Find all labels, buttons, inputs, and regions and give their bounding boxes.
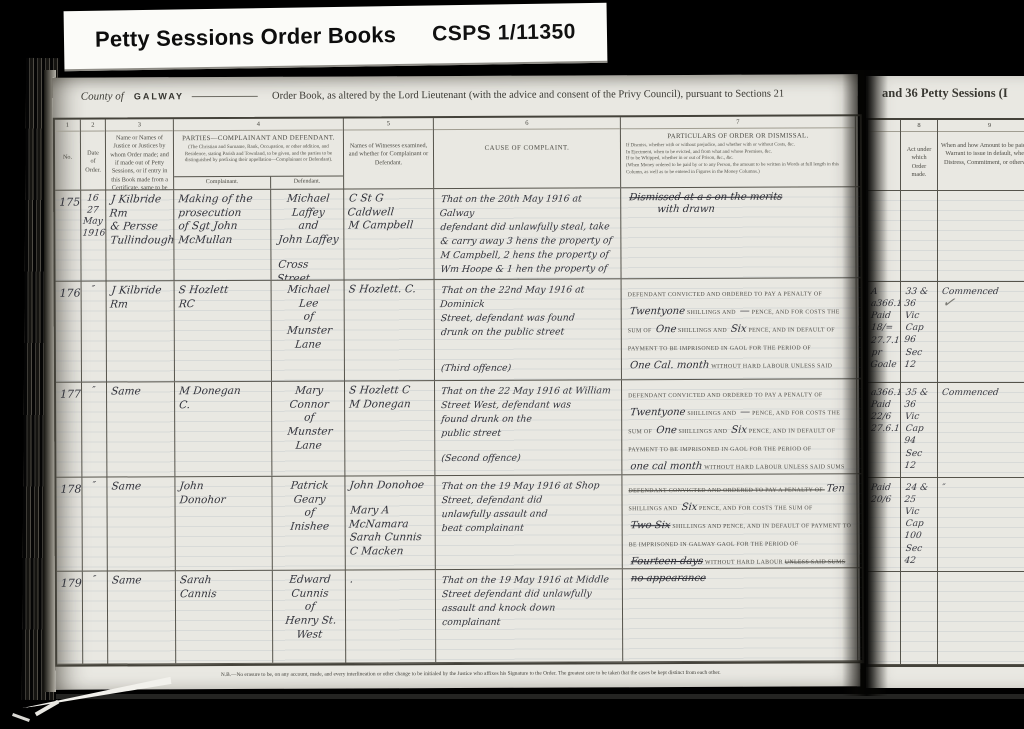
handwriting-line: Wm Hoope & 1 hen the property of xyxy=(440,262,618,277)
handwriting-line: McMullan xyxy=(178,234,269,248)
cell-complainant: S HozlettRC xyxy=(175,281,272,381)
handwriting-line: M Donegan xyxy=(348,398,432,412)
cell-no: 178 xyxy=(56,478,82,571)
record-row: 179″SameSarahCannisEdwardCunnisofHenry S… xyxy=(57,568,862,665)
handwritten-entry: One xyxy=(653,425,679,437)
record-row-right: Paid20/624 & 25VicCap 100Sec 42″ xyxy=(868,478,1024,572)
handwriting-line: prosecution xyxy=(178,206,269,220)
cell-witnesses: C St G CaldwellM Campbell xyxy=(344,189,434,279)
cell-witnesses: S Hozlett CM Donegan xyxy=(345,381,435,475)
handwritten-entry: Fourteen days xyxy=(628,556,705,568)
printed-form-text: without hard labour xyxy=(705,560,785,566)
record-row: 1751627May1916J Kilbride Rm& PersseTulli… xyxy=(55,187,860,282)
cell-date: 1627May1916 xyxy=(81,191,106,281)
handwriting-line: John Laffey xyxy=(275,233,342,247)
handwriting-line: Cap 100 xyxy=(904,518,937,542)
order-book-title: Order Book, as altered by the Lord Lieut… xyxy=(272,89,784,102)
cell-justice: J Kilbride Rm xyxy=(107,281,175,381)
handwritten-entry: One Cal. month xyxy=(627,360,712,372)
cell-witnesses: S Hozlett. C. xyxy=(345,280,435,380)
table-header-row: 1 No. 2 Date of Order. 3 Name or Names o… xyxy=(55,116,860,191)
handwriting-line: That on the 20th May 1916 at Galway xyxy=(439,192,619,221)
handwriting-line: John xyxy=(179,480,270,494)
handwriting-line: Cannis xyxy=(179,587,270,601)
handwriting-line: Henry St. West xyxy=(276,614,345,642)
printed-form-text: gaol for the period of xyxy=(730,446,811,452)
cell-date: ″ xyxy=(83,572,108,664)
handwriting-line: Tullindough xyxy=(110,234,172,248)
handwriting-line: defendant did unlawfully steal, take xyxy=(440,220,618,235)
handwriting-line: J Kilbride Rm xyxy=(109,193,173,221)
handwriting-line: of xyxy=(275,412,342,426)
printed-form-text: shillings and xyxy=(629,506,680,512)
handwriting-line: Street, defendant did xyxy=(441,493,619,508)
handwriting-line: of xyxy=(276,601,343,615)
handwritten-entry: one cal month xyxy=(628,461,705,473)
footer-note: N.B.—No erasure to be, on any account, m… xyxy=(55,663,860,680)
handwriting-line: 1916 xyxy=(82,229,104,241)
handwriting-line: That on the 22 May 1916 at William xyxy=(440,384,618,399)
when-how-paid-note xyxy=(938,191,1024,281)
handwriting-line: Connor xyxy=(275,398,342,412)
handwriting-line: Street defendant did unlawfully xyxy=(441,587,619,602)
handwriting-line: May xyxy=(82,217,104,229)
order-book-title-continued: and 36 Petty Sessions (I xyxy=(866,76,1024,118)
handwriting-line: That on the 19 May 1916 at Middle xyxy=(441,573,619,588)
handwriting-line: M Campbell xyxy=(348,219,432,233)
act-citation xyxy=(901,191,938,281)
handwriting-line: RC xyxy=(178,297,269,311)
handwritten-entry: Two Six xyxy=(628,520,673,532)
handwriting-line xyxy=(275,247,342,258)
cell-no: 177 xyxy=(56,383,82,477)
handwriting-line: Street West, defendant was xyxy=(440,398,618,413)
handwriting-line: Sec 12 xyxy=(904,347,937,371)
handwriting-line: Edward xyxy=(276,573,343,587)
record-row: 177″SameM DoneganC.MaryConnorofMunster L… xyxy=(56,379,861,478)
cell-cause: That on the 22 May 1916 at WilliamStreet… xyxy=(435,380,622,475)
handwriting-line: found drunk on the xyxy=(440,412,618,427)
cell-cause: That on the 19 May 1916 at ShopStreet, d… xyxy=(435,475,622,569)
cell-no: 179 xyxy=(57,572,83,664)
cell-justice: Same xyxy=(108,571,176,663)
paper-speck xyxy=(35,700,60,716)
payment-received-note xyxy=(868,191,901,281)
handwriting-line: Sec 42 xyxy=(904,543,937,567)
handwriting-line: Sarah xyxy=(179,574,270,588)
handwriting-line: M Donegan xyxy=(178,385,269,399)
cell-defendant: MaryConnorofMunster Lane xyxy=(272,381,345,475)
cell-complainant: Making of theprosecutionof Sgt JohnMcMul… xyxy=(174,190,271,280)
cell-defendant: MichaelLaffeyandJohn LaffeyCross Street xyxy=(271,189,344,279)
cell-complainant: SarahCannis xyxy=(176,571,273,663)
handwriting-line: Cap 96 xyxy=(904,322,937,346)
cell-date: ″ xyxy=(82,478,107,571)
cell-particulars: Dismissed at a s on the merits with draw… xyxy=(621,187,856,278)
handwriting-line: Making of the xyxy=(178,193,269,207)
handwriting-line: A xyxy=(870,286,898,298)
handwriting-line: C St G Caldwell xyxy=(347,192,433,220)
payment-received-note: Paid20/6 xyxy=(868,478,901,571)
handwriting-line: a366.11 xyxy=(870,298,898,310)
handwriting-line: J Kilbride Rm xyxy=(109,284,173,312)
main-ledger-page: County of GALWAY Order Book, as altered … xyxy=(53,74,861,690)
column-header-cause: 6 CAUSE OF COMPLAINT. xyxy=(434,117,621,188)
act-citation: 33 & 36VicCap 96Sec 12 xyxy=(901,282,938,382)
record-row-right: a366.13Paid22/627.6.1635 & 36VicCap 94Se… xyxy=(868,383,1024,478)
handwriting-line: Paid xyxy=(870,399,898,411)
ruled-blank xyxy=(192,96,258,97)
handwriting-line: and xyxy=(275,220,342,234)
handwriting-line: Sarah Cunnis xyxy=(349,531,433,545)
handwriting-line: 22/6 xyxy=(870,411,898,423)
handwriting-line: Cross Street xyxy=(274,258,343,280)
handwriting-line: Vic xyxy=(904,506,935,518)
handwritten-entry: Six xyxy=(679,502,700,514)
cell-date: ″ xyxy=(82,282,107,382)
handwriting-line: C. xyxy=(178,398,269,412)
facing-page-table: 8 Act under which Order made. 9 When and… xyxy=(866,118,1024,667)
cell-witnesses: . xyxy=(346,570,436,662)
column-header-act: 8 Act under which Order made. xyxy=(901,120,938,190)
cell-defendant: PatrickGearyofInishee xyxy=(272,476,345,569)
printed-form-text: pence, and for costs the sum of xyxy=(699,505,813,511)
handwriting-line: Same xyxy=(111,480,173,494)
cell-cause: That on the 22nd May 1916 at DominickStr… xyxy=(435,279,622,380)
cell-particulars: Defendant convicted and ordered to pay a… xyxy=(622,278,857,379)
handwritten-entry: Twentyone xyxy=(627,306,687,318)
handwriting-line: 35 & 36 xyxy=(904,387,937,411)
scanned-order-book-photo: Petty Sessions Order Books CSPS 1/11350 … xyxy=(0,0,1024,729)
handwriting-line: Vic xyxy=(904,411,935,423)
handwriting-line: 27.7.16 xyxy=(870,335,898,347)
handwriting-line: Cap 94 xyxy=(904,423,937,447)
cell-justice: Same xyxy=(107,382,175,476)
handwriting-line: ″ xyxy=(82,285,104,297)
when-how-paid-note xyxy=(938,572,1024,664)
column-header-no: 1 No. xyxy=(55,120,81,190)
handwriting-line: complainant xyxy=(441,615,619,630)
handwriting-line: Inishee xyxy=(276,520,343,534)
handwriting-line: S Hozlett. C. xyxy=(348,283,432,297)
handwriting-line: Lee xyxy=(275,297,342,311)
printed-form-text: shillings and xyxy=(687,411,738,417)
handwriting-line: S Hozlett C xyxy=(348,384,432,398)
cell-defendant: EdwardCunnisofHenry St. West xyxy=(273,570,346,662)
handwriting-line xyxy=(440,339,618,351)
record-row: 178″SameJohnDonohorPatrickGearyofInishee… xyxy=(56,474,861,572)
record-row-right xyxy=(868,572,1024,665)
printed-form-text: shillings and xyxy=(678,429,729,435)
column-header-witnesses: 5 Names of Witnesses examined, and wheth… xyxy=(344,118,434,188)
handwriting-line: 33 & 36 xyxy=(904,286,937,310)
payment-received-note xyxy=(868,572,901,664)
cell-date: ″ xyxy=(82,383,107,477)
page-heading: County of GALWAY Order Book, as altered … xyxy=(53,74,858,118)
cell-particulars: Defendant convicted and ordered to pay a… xyxy=(622,474,857,568)
cell-cause: That on the 19 May 1916 at MiddleStreet … xyxy=(436,569,623,662)
handwriting-line: Laffey xyxy=(275,206,342,220)
handwriting-line: beat complainant xyxy=(441,521,619,536)
record-row: 176″J Kilbride RmS HozlettRCMichaelLeeof… xyxy=(56,278,861,383)
cell-justice: J Kilbride Rm& PersseTullindough xyxy=(106,190,174,280)
handwriting-line: Michael xyxy=(275,283,342,297)
cell-justice: Same xyxy=(107,477,175,570)
order-book-table: 1 No. 2 Date of Order. 3 Name or Names o… xyxy=(53,114,864,667)
handwriting-line: 27.6.16 xyxy=(870,423,898,435)
handwriting-line xyxy=(441,440,619,452)
handwriting-line xyxy=(440,350,618,362)
handwritten-entry: Six xyxy=(728,324,749,336)
archive-label: Petty Sessions Order Books CSPS 1/11350 xyxy=(64,3,608,72)
handwritten-entry: with drawn xyxy=(655,203,851,216)
county-of-label: County of xyxy=(81,90,124,102)
cell-complainant: JohnDonohor xyxy=(175,477,272,570)
handwriting-line: ″ xyxy=(83,575,105,587)
cell-particulars: no appearance xyxy=(623,568,858,661)
handwriting-line: public street xyxy=(441,426,619,441)
cell-defendant: MichaelLeeofMunster Lane xyxy=(272,280,345,380)
handwriting-line: Munster Lane xyxy=(274,324,343,352)
particulars-fine-print: If Dismiss, whether with or without prej… xyxy=(621,140,855,176)
handwriting-line: Paid xyxy=(870,310,898,322)
column-header-particulars: 7 PARTICULARS OF ORDER OR DISMISSAL. If … xyxy=(621,116,856,187)
handwriting-line xyxy=(349,493,433,504)
when-how-paid-note: ″ xyxy=(938,478,1024,571)
column-header-parties: 4 PARTIES—COMPLAINANT AND DEFENDANT. (Th… xyxy=(174,118,344,189)
handwriting-line: Michael xyxy=(275,192,342,206)
handwritten-entry: One xyxy=(653,324,679,336)
column-header-justices: 3 Name or Names of Justice or Justices b… xyxy=(106,119,174,189)
act-citation: 24 & 25VicCap 100Sec 42 xyxy=(901,478,938,571)
archive-reference-number: CSPS 1/11350 xyxy=(432,20,576,46)
payment-received-note: a366.13Paid22/627.6.16 xyxy=(868,383,901,477)
cell-complainant: M DoneganC. xyxy=(175,382,272,476)
handwriting-line: Mary xyxy=(275,384,342,398)
handwritten-entry: — xyxy=(738,407,753,419)
paper-speck xyxy=(12,713,30,722)
handwriting-line: unlawfully assault and xyxy=(441,507,619,522)
handwritten-entry: — xyxy=(737,306,752,318)
act-citation xyxy=(901,572,938,664)
handwriting-line: 24 & 25 xyxy=(904,482,937,506)
record-row-right: Aa366.11Paid18/=27.7.16pr Goale33 & 36Vi… xyxy=(868,282,1024,383)
payment-received-note: Aa366.11Paid18/=27.7.16pr Goale xyxy=(868,282,901,382)
handwriting-line: pr Goale xyxy=(870,347,900,371)
handwriting-line: 18/= xyxy=(870,322,898,334)
column-header-fold xyxy=(868,120,901,190)
handwriting-line: drunk on the public street xyxy=(440,325,618,340)
handwriting-line: That on the 19 May 1916 at Shop xyxy=(441,479,619,494)
cell-no: 176 xyxy=(56,282,82,382)
handwriting-line: . xyxy=(349,573,433,587)
act-citation: 35 & 36VicCap 94Sec 12 xyxy=(901,383,938,477)
printed-form-text: shillings and pence, and in default of xyxy=(672,523,811,530)
facing-ledger-page: and 36 Petty Sessions (I 8 Act under whi… xyxy=(866,76,1024,688)
printed-form-text: shillings and xyxy=(687,310,738,316)
when-how-paid-note: Commenced✓ xyxy=(938,282,1024,382)
record-row-right xyxy=(868,191,1024,282)
when-how-paid-note: Commenced xyxy=(938,383,1024,477)
handwriting-line: M Campbell, 2 hens the property of xyxy=(440,248,618,263)
handwriting-line: & carry away 3 hens the property of xyxy=(440,234,618,249)
cell-witnesses: John DonohoeMary A McNamaraSarah CunnisC… xyxy=(345,476,435,569)
handwritten-entry: no appearance xyxy=(628,572,852,585)
page-bottom-edge xyxy=(56,694,1024,699)
printed-form-text: Defendant convicted and ordered to pay a… xyxy=(628,392,823,399)
handwritten-entry: Dismissed at a s on the merits xyxy=(627,191,851,204)
handwriting-line: Vic xyxy=(904,310,935,322)
facing-table-header-row: 8 Act under which Order made. 9 When and… xyxy=(868,120,1024,191)
handwriting-line: C Macken xyxy=(349,545,433,559)
parties-subheaders: Complainant. Defendant. xyxy=(174,175,343,189)
handwriting-line: & Persse xyxy=(110,221,172,235)
handwriting-line: of Sgt John xyxy=(178,220,269,234)
handwriting-line: Same xyxy=(111,574,173,588)
cell-no: 175 xyxy=(55,191,81,281)
handwriting-line: Donohor xyxy=(179,493,270,507)
handwriting-line: 16 xyxy=(82,194,104,206)
handwriting-line: Mary A McNamara xyxy=(348,504,434,532)
handwriting-line: ″ xyxy=(83,481,105,493)
county-name: GALWAY xyxy=(134,91,184,101)
handwriting-line: That on the 22nd May 1916 at Dominick xyxy=(439,283,619,312)
handwriting-line: Cunnis xyxy=(276,587,343,601)
cell-cause: That on the 20th May 1916 at Galwaydefen… xyxy=(434,188,621,279)
printed-form-text: Defendant convicted and ordered to pay a… xyxy=(628,291,823,298)
handwriting-line: ″ xyxy=(941,482,1024,494)
printed-form-text: Defendant convicted and ordered to pay a… xyxy=(628,487,824,494)
handwriting-line: a366.13 xyxy=(870,387,898,399)
handwriting-line: Sec 12 xyxy=(904,448,937,472)
handwriting-line: S Hozlett xyxy=(178,284,269,298)
handwriting-line: Paid xyxy=(870,482,898,494)
column-header-date: 2 Date of Order. xyxy=(81,120,106,190)
printed-form-text: shillings and xyxy=(678,328,729,334)
column-header-when-how-paid: 9 When and how Amount to be paid, and Wa… xyxy=(938,120,1024,190)
handwriting-line: John Donohoe xyxy=(349,479,433,493)
cell-particulars: Defendant convicted and ordered to pay a… xyxy=(622,379,857,474)
handwritten-entry: Ten xyxy=(824,483,847,495)
handwriting-line: Munster Lane xyxy=(275,425,344,453)
handwriting-line: of xyxy=(275,311,342,325)
handwriting-line: Commenced xyxy=(941,387,1024,399)
handwriting-line: assault and knock down xyxy=(441,601,619,616)
handwriting-line: of xyxy=(276,507,343,521)
handwriting-line: (Third offence) xyxy=(440,361,618,376)
handwriting-line: Same xyxy=(110,385,172,399)
handwritten-entry: Twentyone xyxy=(628,407,688,419)
handwritten-entry: Six xyxy=(729,425,750,437)
handwriting-line: 20/6 xyxy=(870,494,898,506)
archive-label-title: Petty Sessions Order Books xyxy=(95,22,396,53)
handwriting-line: (Second offence) xyxy=(441,451,619,466)
printed-form-text: gaol for the period of xyxy=(730,345,811,351)
handwriting-line: Street, defendant was found xyxy=(440,311,618,326)
handwriting-line: Patrick xyxy=(276,479,343,493)
handwriting-line: ″ xyxy=(82,386,104,398)
handwriting-line: Geary xyxy=(276,493,343,507)
handwriting-line: 27 xyxy=(82,205,104,217)
